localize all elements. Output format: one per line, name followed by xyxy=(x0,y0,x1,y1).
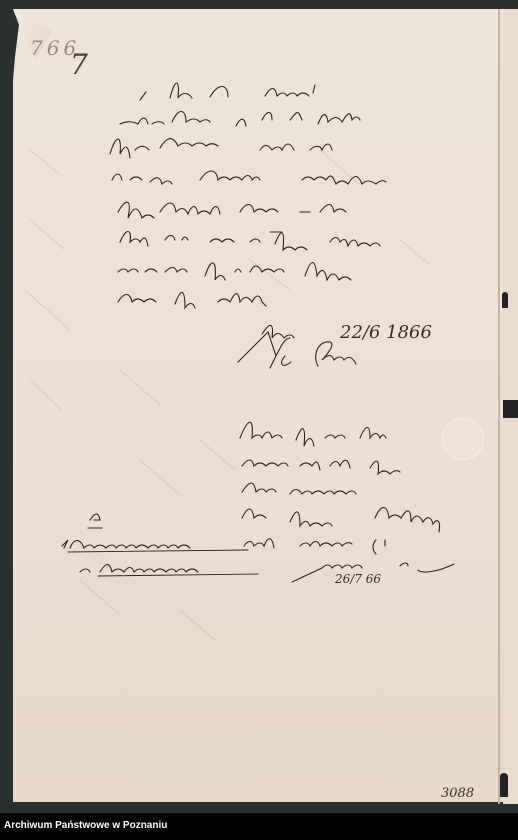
annotation-date: 26/7 66 xyxy=(335,572,381,586)
folio-number: 3088 xyxy=(441,786,474,801)
archive-caption-bar: Archiwum Państwowe w Poznaniu xyxy=(0,813,518,840)
handwritten-text xyxy=(0,0,518,813)
letter-date: 22/6 1866 xyxy=(340,322,432,343)
archive-name: Archiwum Państwowe w Poznaniu xyxy=(4,820,167,831)
marginal-number: 7 xyxy=(70,48,88,81)
document-scan: 766 7 22/6 1866 26/7 66 3088 xyxy=(0,0,518,813)
